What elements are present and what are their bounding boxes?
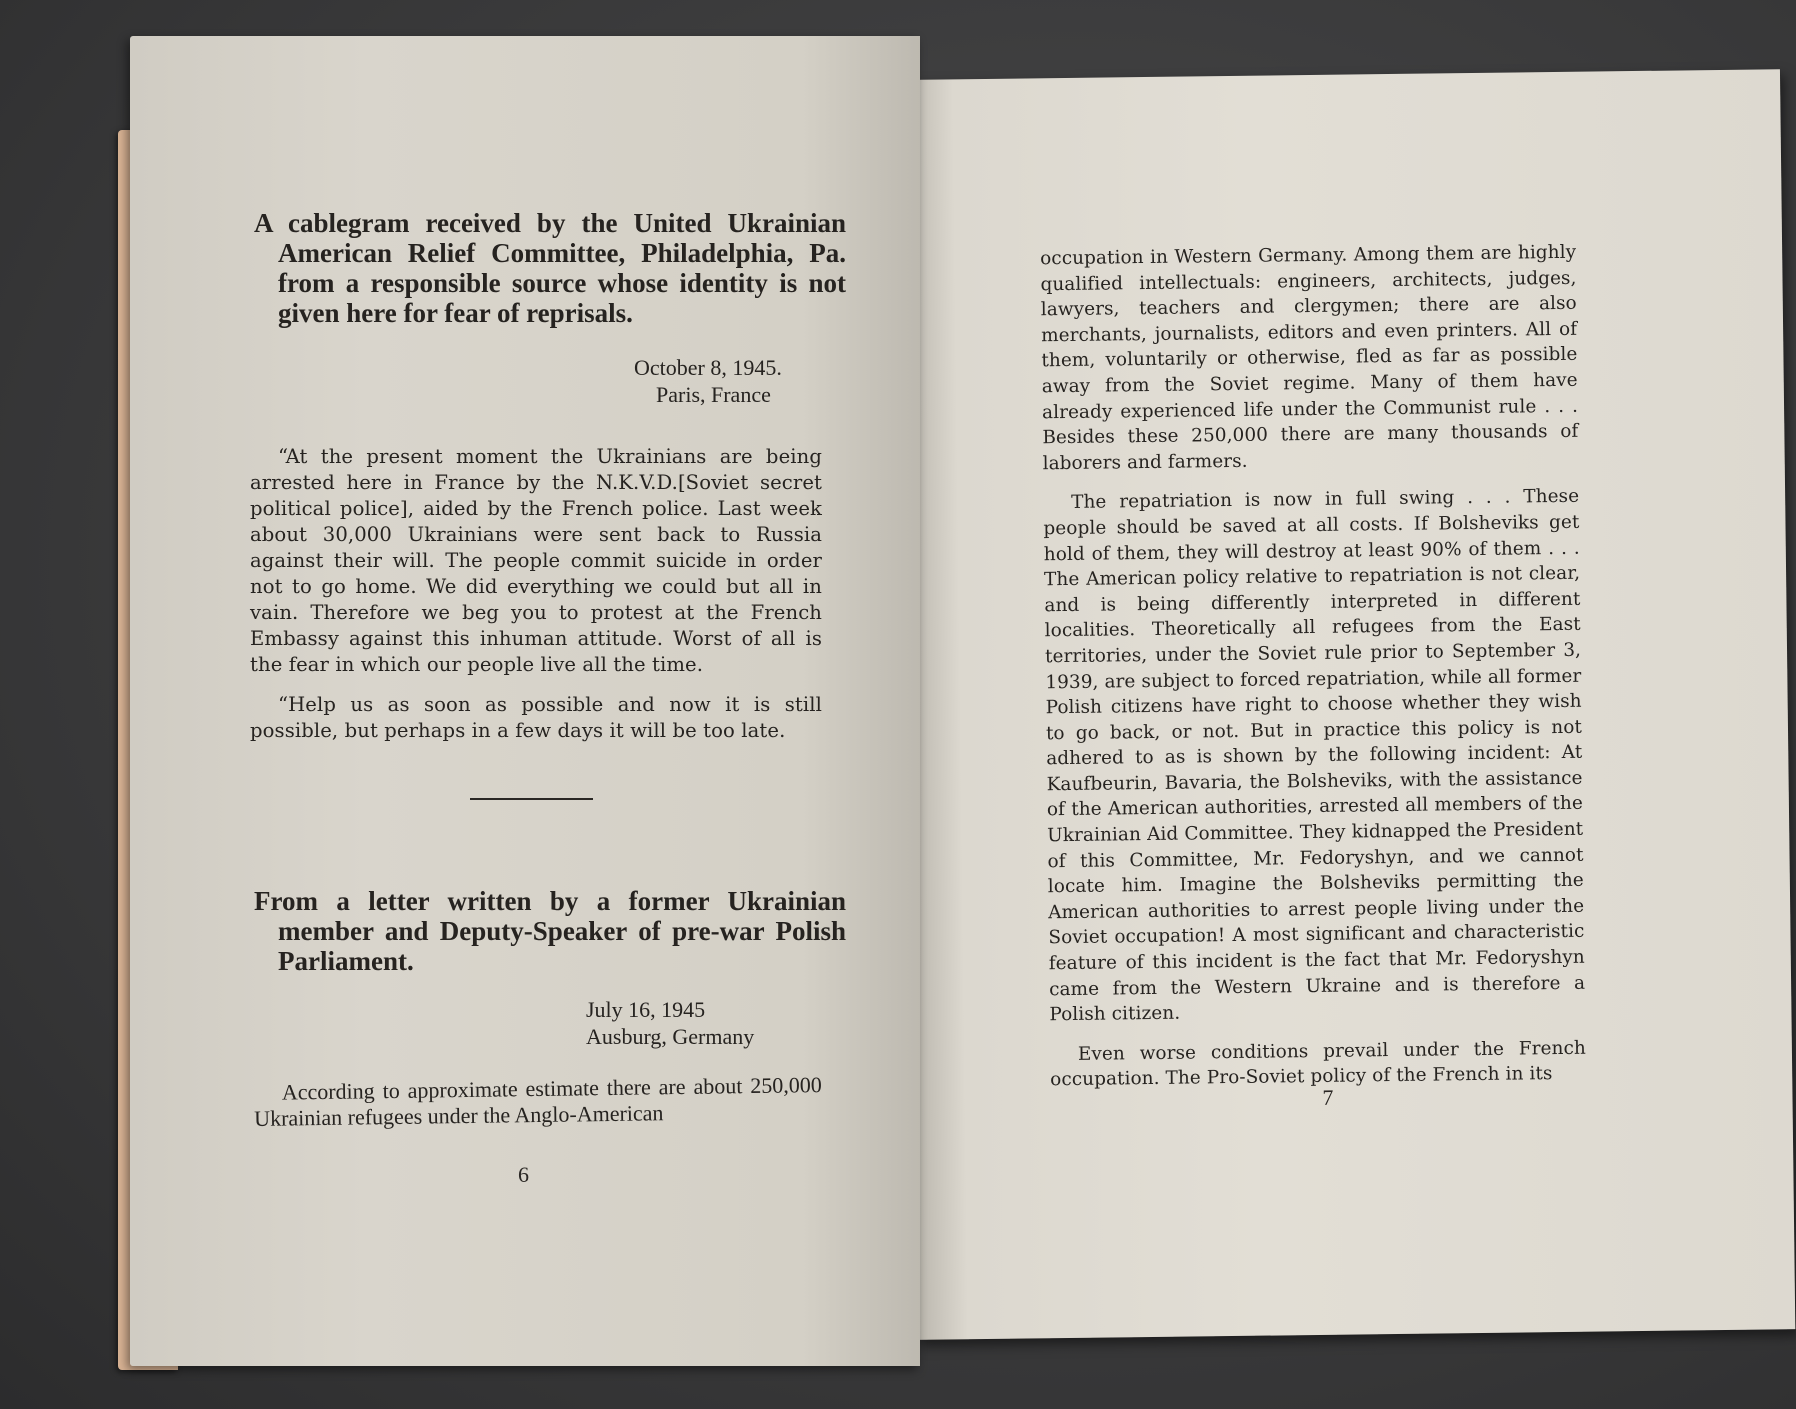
section-divider-rule: [470, 798, 593, 800]
cablegram-heading: A cablegram received by the United Ukrai…: [254, 208, 846, 328]
right-paragraph-1: occupation in Western Germany. Among the…: [1040, 240, 1579, 477]
letter-body: According to approximate estimate there …: [254, 1072, 823, 1132]
booklet-spread: occupation in Western Germany. Among the…: [0, 0, 1796, 1409]
right-page: occupation in Western Germany. Among the…: [900, 69, 1795, 1340]
left-page: A cablegram received by the United Ukrai…: [130, 36, 920, 1366]
cablegram-date: October 8, 1945.: [630, 354, 850, 381]
cablegram-paragraph-1: “At the present moment the Ukrainians ar…: [250, 444, 822, 678]
page-number-right: 7: [1322, 1085, 1333, 1111]
letter-heading: From a letter written by a former Ukrain…: [254, 886, 846, 976]
letter-paragraph-1: According to approximate estimate there …: [254, 1072, 823, 1132]
right-page-body: occupation in Western Germany. Among the…: [1040, 240, 1586, 1107]
right-paragraph-2: The repatriation is now in full swing . …: [1043, 484, 1586, 1028]
cablegram-dateline: October 8, 1945. Paris, France: [630, 354, 850, 408]
cablegram-paragraph-2: “Help us as soon as possible and now it …: [250, 692, 822, 744]
right-paragraph-3: Even worse conditions prevail under the …: [1050, 1036, 1587, 1094]
letter-date: July 16, 1945: [586, 996, 846, 1023]
cablegram-place: Paris, France: [630, 381, 850, 408]
cablegram-body: “At the present moment the Ukrainians ar…: [250, 444, 822, 758]
letter-dateline: July 16, 1945 Ausburg, Germany: [586, 996, 846, 1050]
page-number-left: 6: [518, 1162, 529, 1188]
letter-place: Ausburg, Germany: [586, 1023, 846, 1050]
